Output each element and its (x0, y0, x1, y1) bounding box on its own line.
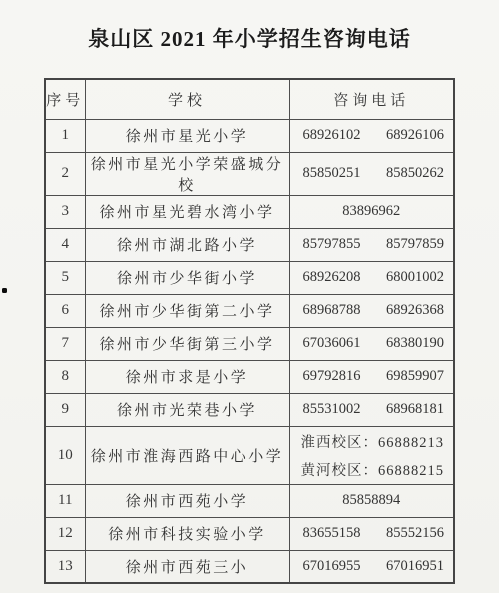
phone-cell: 83655158 85552156 (289, 517, 454, 550)
table-row: 10 徐州市淮海西路中心小学 淮西校区：66888213 黄河校区：668882… (45, 426, 454, 484)
school-name: 徐州市少华街小学 (85, 261, 289, 294)
phone-number: 85531002 (303, 401, 361, 418)
phone-number: 68926102 (303, 127, 361, 144)
school-name: 徐州市西苑三小 (85, 550, 289, 583)
row-number: 13 (45, 550, 85, 583)
table-row: 12 徐州市科技实验小学 83655158 85552156 (45, 517, 454, 550)
phone-number: 68926368 (386, 302, 444, 319)
phone-cell: 85850251 85850262 (289, 152, 454, 195)
phone-number: 68926106 (386, 127, 444, 144)
table-header-row: 序号 学校 咨询电话 (45, 79, 454, 119)
phone-cell: 67016955 67016951 (289, 550, 454, 583)
table-row: 1 徐州市星光小学 68926102 68926106 (45, 119, 454, 152)
header-school: 学校 (85, 79, 289, 119)
table-row: 11 徐州市西苑小学 85858894 (45, 484, 454, 517)
phone-cell: 淮西校区：66888213 黄河校区：66888215 (289, 426, 454, 484)
phone-cell: 83896962 (289, 195, 454, 228)
phone-number: 67036061 (303, 335, 361, 352)
phone-number: 68001002 (386, 269, 444, 286)
phone-number: 83896962 (342, 203, 400, 219)
row-number: 1 (45, 119, 85, 152)
row-number: 7 (45, 327, 85, 360)
phone-cell: 68926102 68926106 (289, 119, 454, 152)
phone-cell: 85531002 68968181 (289, 393, 454, 426)
school-name: 徐州市科技实验小学 (85, 517, 289, 550)
row-number: 2 (45, 152, 85, 195)
school-name: 徐州市少华街第三小学 (85, 327, 289, 360)
school-name: 徐州市求是小学 (85, 360, 289, 393)
school-name: 徐州市光荣巷小学 (85, 393, 289, 426)
phone-cell: 85797855 85797859 (289, 228, 454, 261)
school-name: 徐州市少华街第二小学 (85, 294, 289, 327)
table-row: 7 徐州市少华街第三小学 67036061 68380190 (45, 327, 454, 360)
phone-number: 85552156 (386, 525, 444, 542)
phone-number: 83655158 (303, 525, 361, 542)
phone-table: 序号 学校 咨询电话 1 徐州市星光小学 68926102 68926106 2… (44, 78, 455, 584)
phone-number: 68380190 (386, 335, 444, 352)
phone-number: 68968181 (386, 401, 444, 418)
row-number: 6 (45, 294, 85, 327)
phone-cell: 85858894 (289, 484, 454, 517)
row-number: 4 (45, 228, 85, 261)
row-number: 9 (45, 393, 85, 426)
phone-cell: 67036061 68380190 (289, 327, 454, 360)
row-number: 10 (45, 426, 85, 484)
phone-table-container: 序号 学校 咨询电话 1 徐州市星光小学 68926102 68926106 2… (44, 78, 453, 584)
phone-number: 69859907 (386, 368, 444, 385)
row-number: 3 (45, 195, 85, 228)
table-row: 2 徐州市星光小学荣盛城分校 85850251 85850262 (45, 152, 454, 195)
table-row: 6 徐州市少华街第二小学 68968788 68926368 (45, 294, 454, 327)
table-row: 9 徐州市光荣巷小学 85531002 68968181 (45, 393, 454, 426)
phone-number: 85850262 (386, 165, 444, 182)
page-title: 泉山区 2021 年小学招生咨询电话 (0, 0, 499, 53)
table-row: 3 徐州市星光碧水湾小学 83896962 (45, 195, 454, 228)
school-name: 徐州市星光小学荣盛城分校 (85, 152, 289, 195)
phone-cell: 68968788 68926368 (289, 294, 454, 327)
school-name: 徐州市西苑小学 (85, 484, 289, 517)
table-row: 4 徐州市湖北路小学 85797855 85797859 (45, 228, 454, 261)
table-row: 8 徐州市求是小学 69792816 69859907 (45, 360, 454, 393)
header-number: 序号 (45, 79, 85, 119)
school-name: 徐州市星光小学 (85, 119, 289, 152)
row-number: 5 (45, 261, 85, 294)
school-name: 徐州市淮海西路中心小学 (85, 426, 289, 484)
row-number: 8 (45, 360, 85, 393)
phone-number: 69792816 (303, 368, 361, 385)
phone-number: 67016955 (303, 558, 361, 575)
phone-number: 85797859 (386, 236, 444, 253)
campus-phone-line: 黄河校区：66888215 (301, 459, 445, 480)
table-row: 13 徐州市西苑三小 67016955 67016951 (45, 550, 454, 583)
phone-cell: 68926208 68001002 (289, 261, 454, 294)
phone-number: 68968788 (303, 302, 361, 319)
school-name: 徐州市湖北路小学 (85, 228, 289, 261)
phone-cell: 69792816 69859907 (289, 360, 454, 393)
table-row: 5 徐州市少华街小学 68926208 68001002 (45, 261, 454, 294)
campus-phone-line: 淮西校区：66888213 (301, 431, 445, 452)
phone-number: 85797855 (303, 236, 361, 253)
phone-number: 85850251 (303, 165, 361, 182)
phone-number: 68926208 (303, 269, 361, 286)
phone-number: 85858894 (342, 492, 400, 508)
row-number: 11 (45, 484, 85, 517)
row-number: 12 (45, 517, 85, 550)
school-name: 徐州市星光碧水湾小学 (85, 195, 289, 228)
header-phone: 咨询电话 (289, 79, 454, 119)
phone-number: 67016951 (386, 558, 444, 575)
scan-artifact-dot (2, 288, 7, 293)
